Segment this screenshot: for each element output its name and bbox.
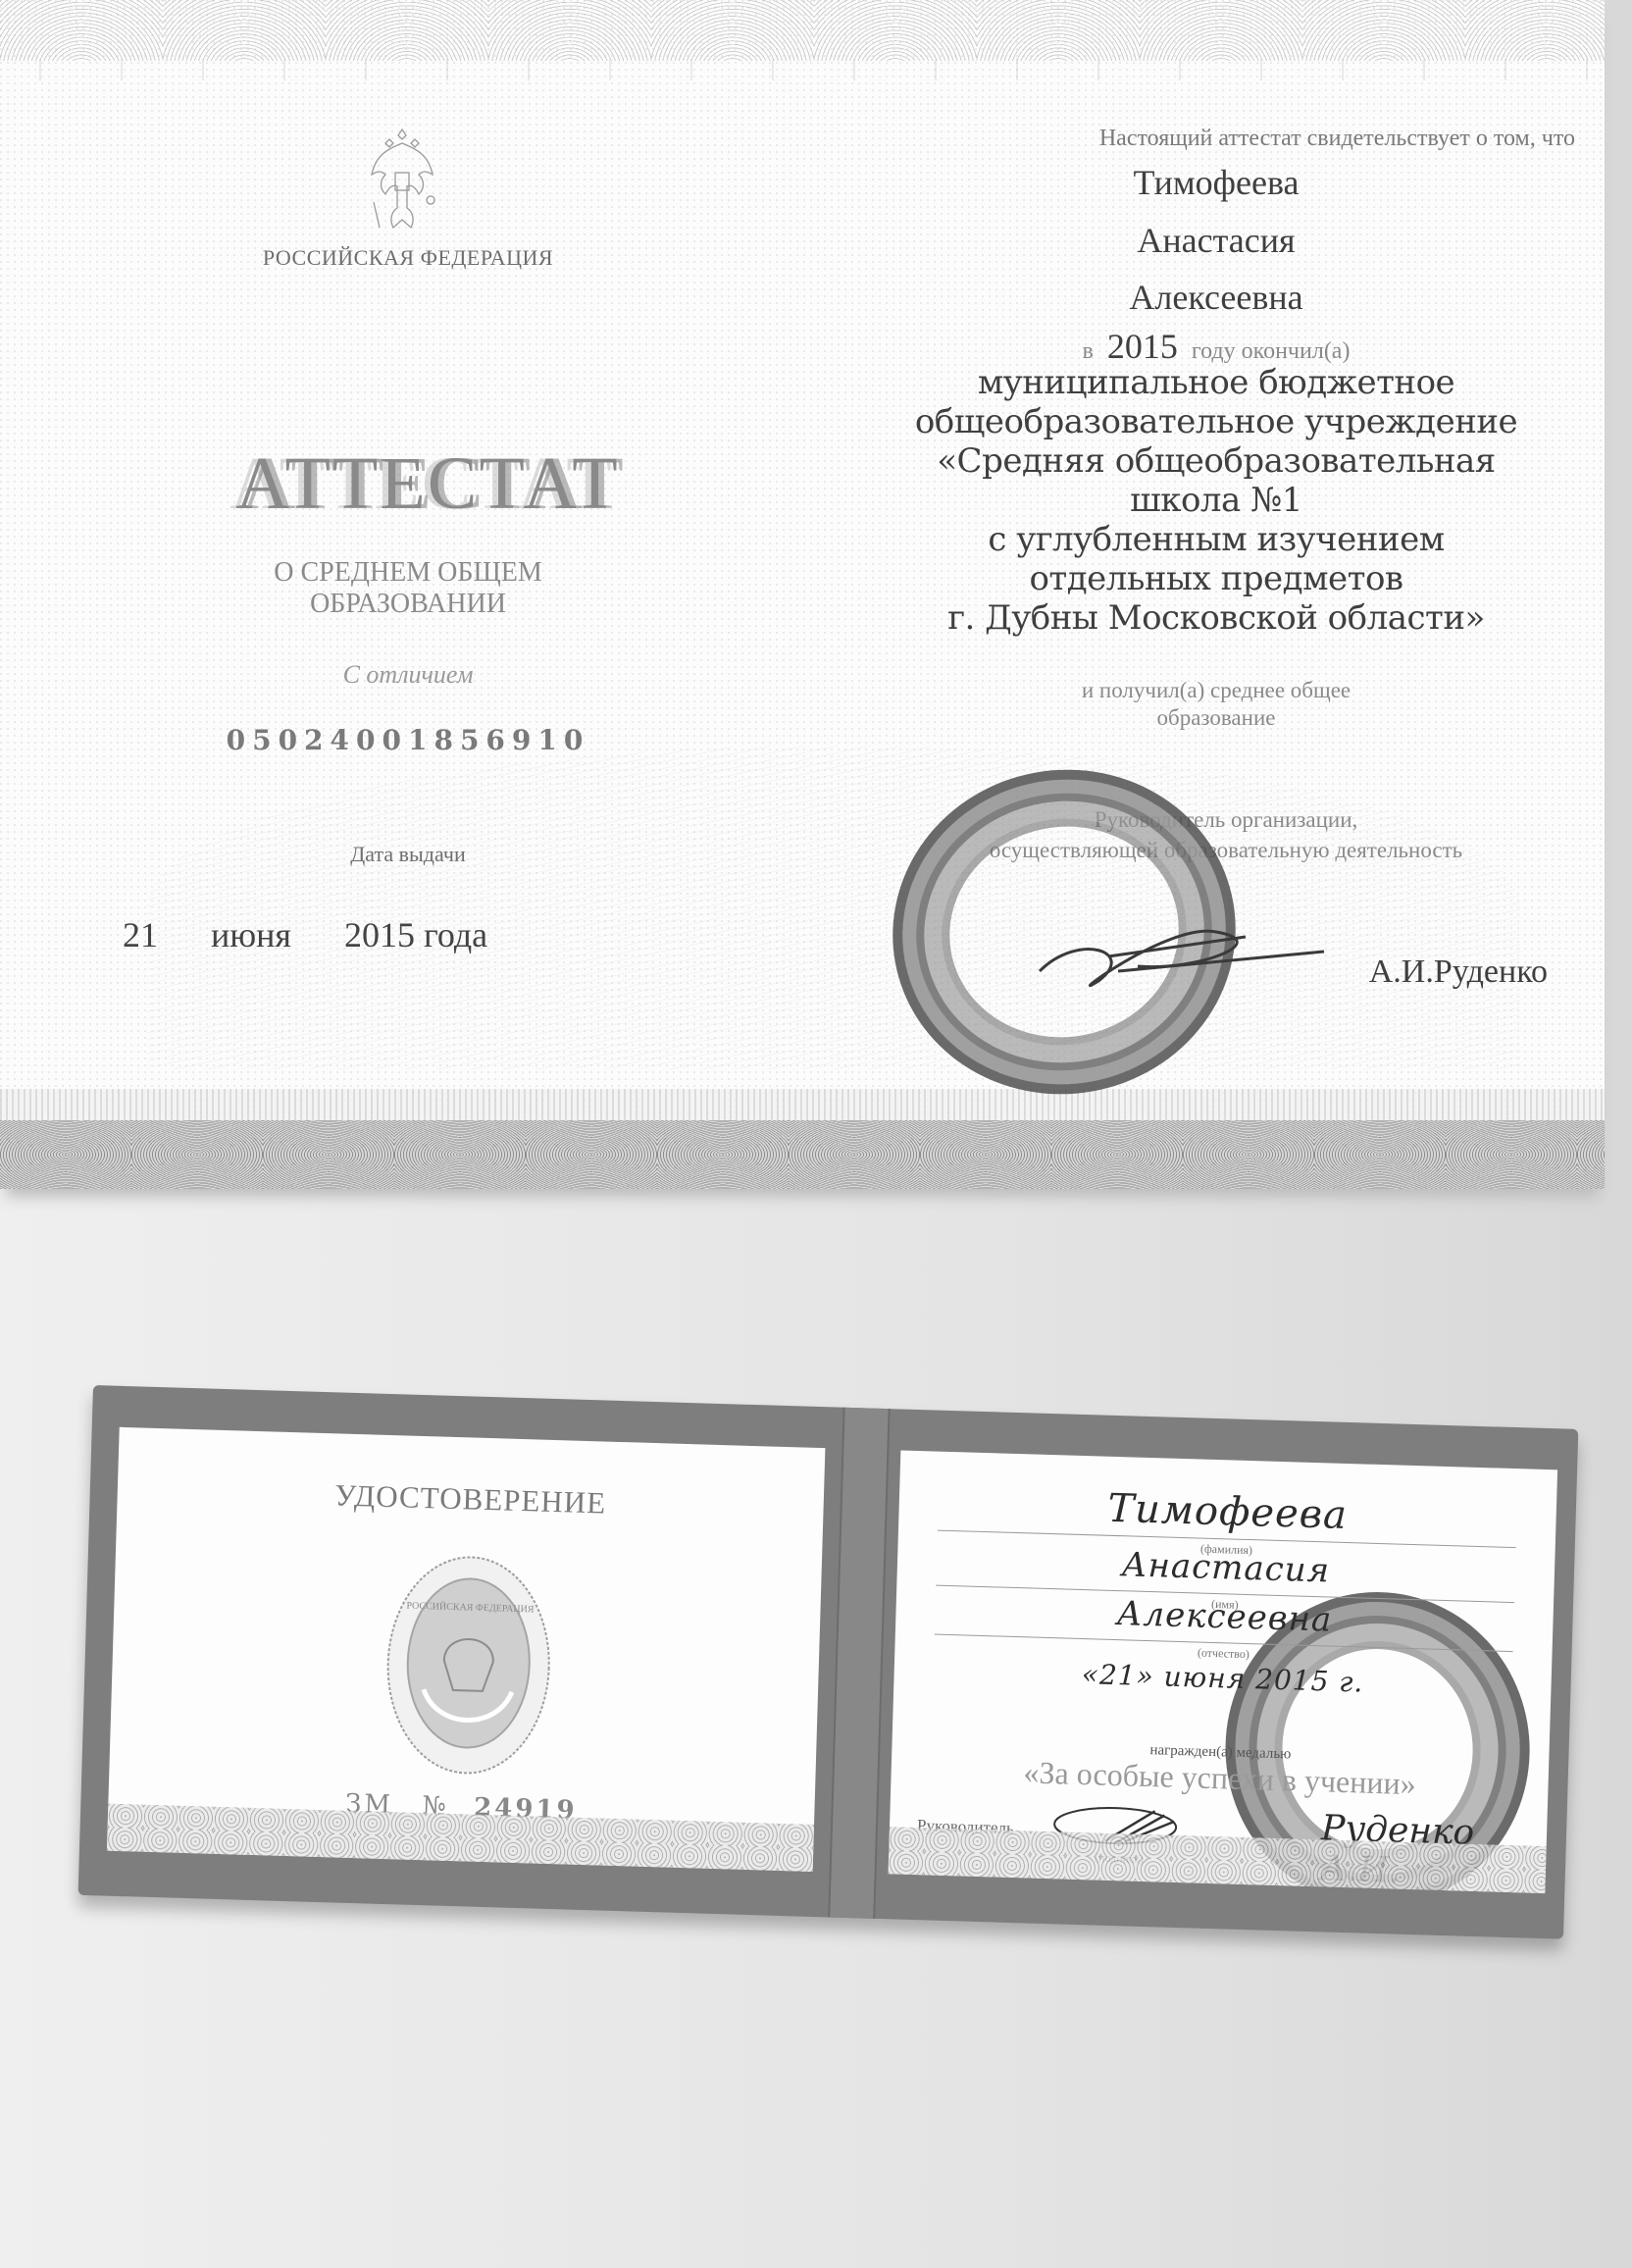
school-line: общеобразовательное учреждение bbox=[863, 402, 1569, 441]
certificate-title: УДОСТОВЕРЕНИЕ bbox=[117, 1471, 824, 1527]
subtitle-line-2: ОБРАЗОВАНИИ bbox=[0, 589, 816, 620]
medal-emblem-icon: РОССИЙСКАЯ ФЕДЕРАЦИЯ bbox=[382, 1551, 555, 1779]
received-text: и получил(а) среднее общее образование bbox=[863, 677, 1569, 732]
intro-text: Настоящий аттестат свидетельствует о том… bbox=[883, 126, 1605, 152]
document-subtitle: О СРЕДНЕМ ОБЩЕМ ОБРАЗОВАНИИ bbox=[0, 557, 816, 620]
issue-date: 21 июня 2015 года bbox=[123, 914, 487, 955]
certificate-left-page: УДОСТОВЕРЕНИЕ РОССИЙСКАЯ ФЕДЕРАЦИЯ ЗМ № … bbox=[107, 1427, 825, 1872]
holder-surname: Тимофеева bbox=[863, 162, 1569, 203]
issue-date-label: Дата выдачи bbox=[0, 842, 816, 867]
graduation-suffix: году окончил(а) bbox=[1192, 338, 1351, 364]
school-line: отдельных предметов bbox=[863, 559, 1569, 598]
guilloche-border-top bbox=[0, 0, 1605, 61]
surname-handwritten: Тимофеева bbox=[898, 1479, 1556, 1544]
school-line: г. Дубны Московской области» bbox=[863, 598, 1569, 638]
school-line: «Средняя общеобразовательная bbox=[863, 441, 1569, 481]
coat-of-arms-icon bbox=[368, 126, 436, 235]
head-name: А.И.Руденко bbox=[1177, 954, 1548, 991]
holder-first-name: Анастасия bbox=[863, 220, 1569, 261]
issue-month: июня bbox=[211, 914, 291, 955]
holder-patronymic: Алексеевна bbox=[863, 277, 1569, 318]
first-name-handwritten: Анастасия bbox=[897, 1538, 1555, 1597]
subtitle-line-1: О СРЕДНЕМ ОБЩЕМ bbox=[0, 557, 816, 589]
guilloche-border-bottom bbox=[0, 1089, 1605, 1189]
received-line-1: и получил(а) среднее общее bbox=[863, 677, 1569, 704]
graduation-line: в 2015 году окончил(а) bbox=[863, 326, 1569, 367]
graduation-year: 2015 bbox=[1107, 327, 1178, 366]
document-title: АТТЕСТАТ bbox=[0, 441, 855, 527]
school-line: муниципальное бюджетное bbox=[863, 363, 1569, 402]
card-spine bbox=[828, 1408, 890, 1919]
attestat-document: РОССИЙСКАЯ ФЕДЕРАЦИЯ АТТЕСТАТ О СРЕДНЕМ … bbox=[0, 0, 1605, 1189]
patronymic-handwritten: Алексеевна bbox=[895, 1587, 1554, 1646]
issue-day: 21 bbox=[123, 914, 158, 955]
school-line: школа №1 bbox=[863, 481, 1569, 520]
graduation-prefix: в bbox=[1083, 338, 1094, 364]
received-line-2: образование bbox=[863, 704, 1569, 732]
country-name: РОССИЙСКАЯ ФЕДЕРАЦИЯ bbox=[0, 245, 816, 271]
certificate-right-page: Тимофеева (фамилия) Анастасия (имя) Алек… bbox=[889, 1450, 1558, 1893]
school-name: муниципальное бюджетное общеобразователь… bbox=[863, 363, 1569, 638]
school-line: с углубленным изучением bbox=[863, 520, 1569, 559]
medal-certificate: УДОСТОВЕРЕНИЕ РОССИЙСКАЯ ФЕДЕРАЦИЯ ЗМ № … bbox=[78, 1385, 1579, 1939]
document-number: 05024001856910 bbox=[0, 724, 816, 756]
issue-year: 2015 года bbox=[344, 914, 487, 955]
guilloche-wave bbox=[147, 746, 1520, 1069]
honors-label: С отличием bbox=[0, 660, 816, 690]
